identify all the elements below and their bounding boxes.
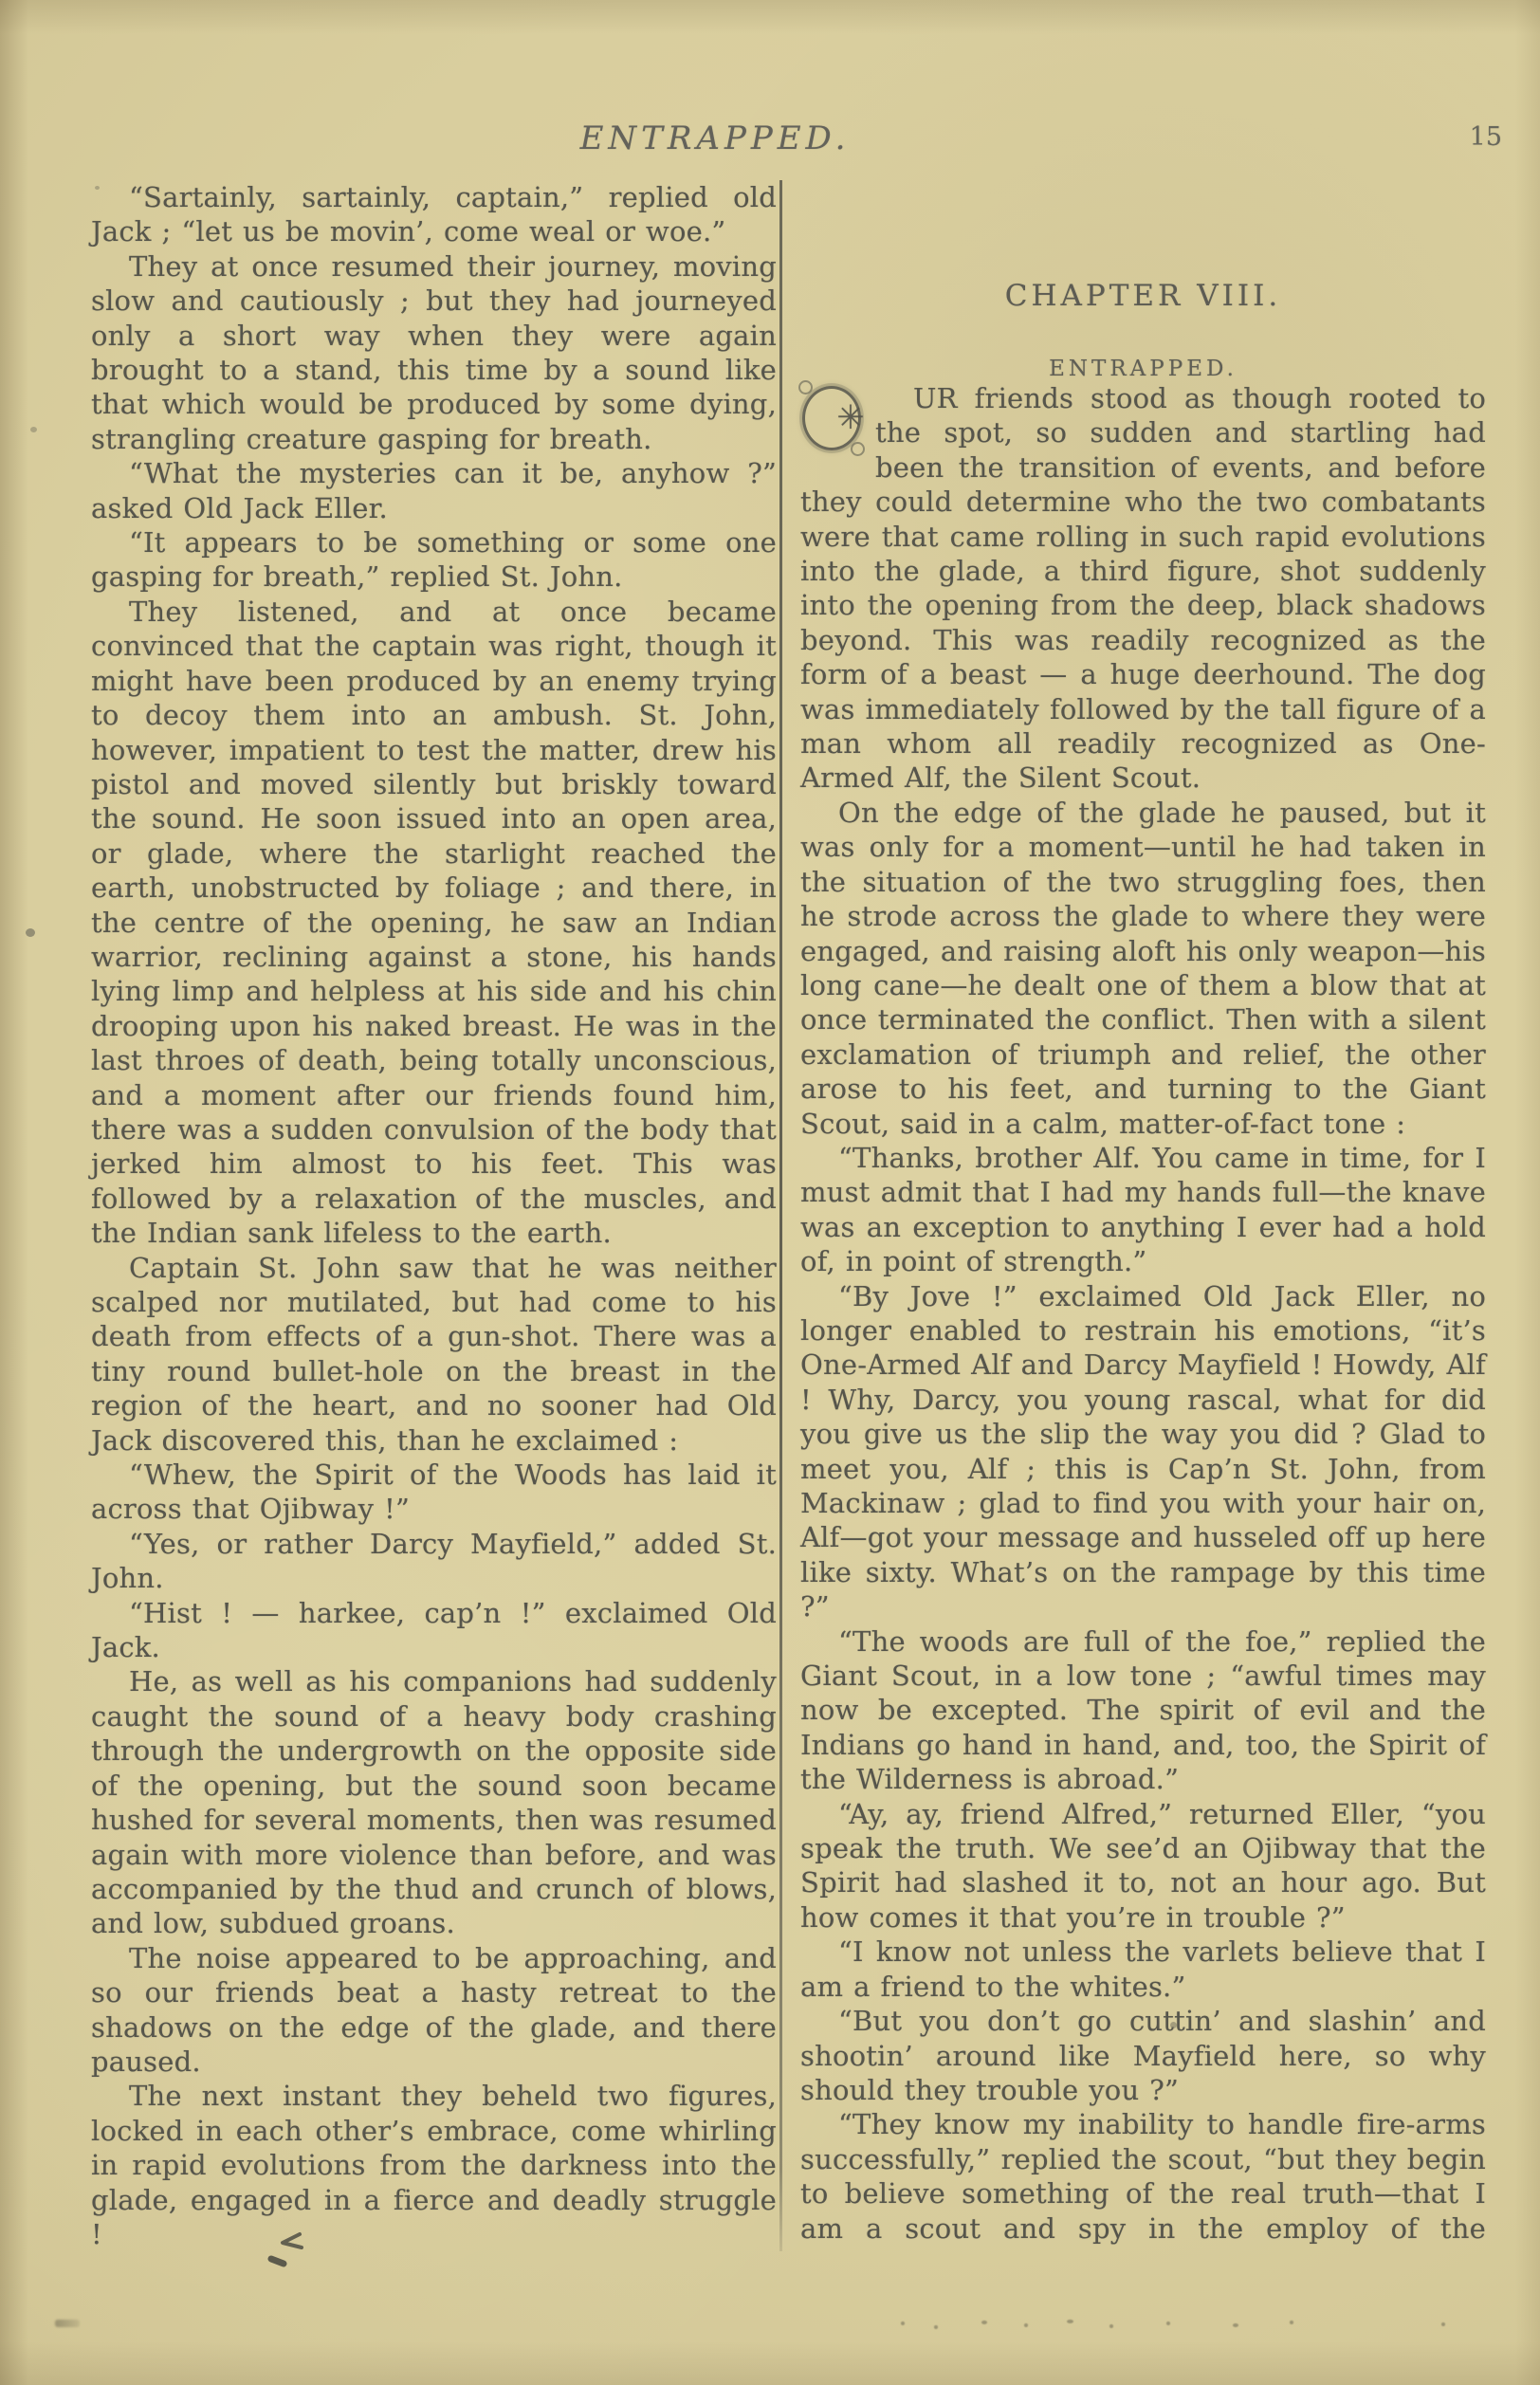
show-through-mark [1441,2322,1445,2326]
right-column: CHAPTER VIII. ENTRAPPED. ✳UR friends sto… [800,180,1486,2251]
page-header: ENTRAPPED. 15 [0,119,1540,163]
show-through-mark [1024,2323,1028,2327]
paragraph: The noise appeared to be approaching, an… [91,1941,777,2080]
ink-smudge [267,2230,315,2272]
paragraph: “Yes, or rather Darcy Mayfield,” added S… [91,1527,777,1596]
paragraph: He, as well as his companions had sudden… [91,1664,777,1940]
show-through-mark [1233,2323,1238,2327]
paragraph: They listened, and at once became convin… [91,595,777,1251]
show-through-mark [901,2321,905,2325]
paper-speck [1170,2022,1177,2028]
paragraph: On the edge of the glade he paused, but … [800,796,1486,1141]
book-page: ENTRAPPED. 15 “Sartainly, sartainly, cap… [0,0,1540,2385]
opening-paragraph: ✳UR friends stood as though rooted to th… [800,381,1486,796]
paragraph: “By Jove !” exclaimed Old Jack Eller, no… [800,1279,1486,1624]
paragraph: “I know not unless the varlets believe t… [800,1935,1486,2004]
paragraph: “It appears to be something or some one … [91,525,777,595]
opening-paragraph-text: UR friends stood as though rooted to the… [800,382,1486,794]
chapter-subtitle: ENTRAPPED. [800,357,1486,381]
paragraph: “Ay, ay, friend Alfred,” returned Eller,… [800,1797,1486,1936]
paper-speck [95,186,100,190]
ornamental-drop-cap-letter-o: ✳ [802,386,861,450]
page-number: 15 [1470,122,1502,152]
paragraph: The next instant they beheld two figures… [91,2079,777,2251]
show-through-mark [1109,2324,1113,2328]
paragraph: “They know my inability to handle fire-a… [800,2107,1486,2246]
paragraph: “Whew, the Spirit of the Woods has laid … [91,1458,777,1527]
show-through-mark [981,2321,987,2324]
paragraph: Captain St. John saw that he was neither… [91,1251,777,1458]
paragraph: “But you don’t go cuttin’ and slashin’ a… [800,2004,1486,2107]
paragraph: “Thanks, brother Alf. You came in time, … [800,1141,1486,1279]
faint-pencil-mark [55,2320,80,2327]
paper-speck [26,928,35,937]
left-column: “Sartainly, sartainly, captain,” replied… [91,180,777,2251]
show-through-mark [1166,2321,1170,2325]
paragraph: They at once resumed their journey, movi… [91,249,777,456]
paper-speck [30,427,37,432]
paragraph: “What the mysteries can it be, anyhow ?”… [91,456,777,525]
running-title: ENTRAPPED. [0,119,1485,157]
drop-cap-star-ornament-icon: ✳ [798,402,865,435]
show-through-mark [934,2325,938,2329]
paragraph: “The woods are full of the foe,” replied… [800,1624,1486,1797]
text-columns: “Sartainly, sartainly, captain,” replied… [0,180,1486,2251]
show-through-mark [1290,2321,1293,2324]
chapter-heading: CHAPTER VIII. [800,279,1486,313]
show-through-mark [1067,2320,1073,2323]
column-divider-rule [779,180,782,2251]
paragraph: “Hist ! — harkee, cap’n !” exclaimed Old… [91,1596,777,1665]
paragraph: “Sartainly, sartainly, captain,” replied… [91,180,777,249]
